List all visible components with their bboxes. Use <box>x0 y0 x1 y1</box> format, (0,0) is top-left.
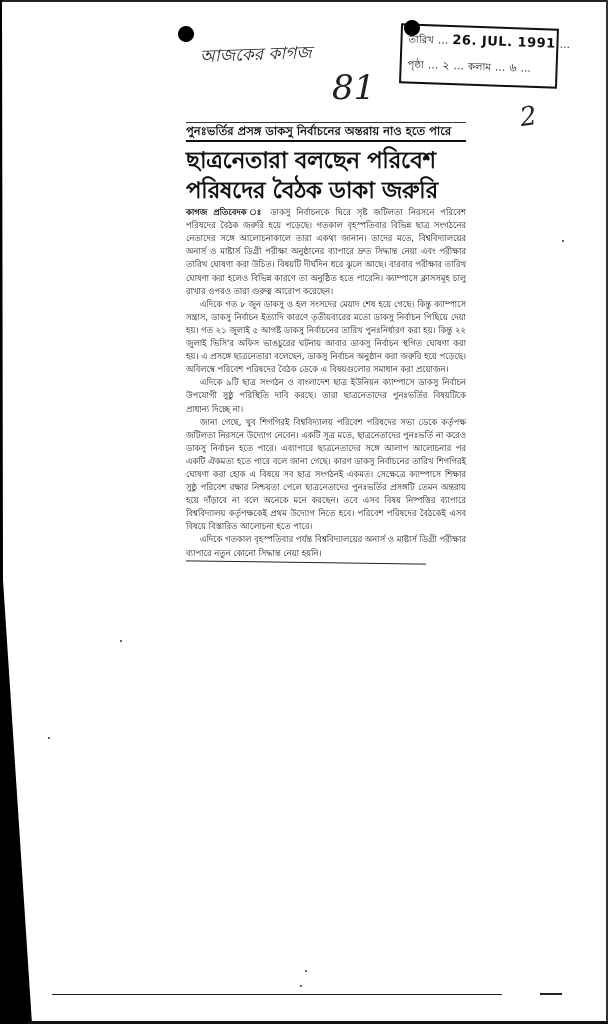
stamp-column-label: কলাম <box>468 60 491 78</box>
article-paragraph: এদিকে গতকাল বৃহস্পতিবার পর্যন্ত বিশ্ববিদ… <box>186 533 466 559</box>
article-kicker: পুনঃভর্তির প্রসঙ্গ ডাকসু নির্বাচনের অন্ত… <box>186 122 466 142</box>
stamp-page-label: পৃষ্ঠা <box>407 58 424 76</box>
article-byline: কাগজ প্রতিবেদক ঃ <box>186 207 264 217</box>
stamp-column-value: ৬ <box>509 59 517 78</box>
handwritten-page-number: 81 <box>332 68 375 108</box>
stamp-page-row: পৃষ্ঠা ... ২ ... কলাম ... ৬ ... <box>407 56 550 80</box>
article-paragraph: কাগজ প্রতিবেদক ঃ ডাকসু নির্বাচনকে ঘিরে স… <box>186 206 466 298</box>
scan-speck <box>300 985 302 987</box>
punch-hole-right <box>404 20 420 36</box>
article-headline-line-1: ছাত্রনেতারা বলছেন পরিবেশ <box>186 146 466 176</box>
scan-speck <box>120 640 122 642</box>
article-headline-line-2: পরিষদের বৈঠক ডাকা জরুরি <box>186 176 466 206</box>
scan-left-shadow <box>0 0 34 1024</box>
article-paragraph: জানা গেছে, খুব শিগগিরই বিশ্ববিদ্যালয় পর… <box>186 416 466 534</box>
newspaper-clipping: পুনঃভর্তির প্রসঙ্গ ডাকসু নির্বাচনের অন্ত… <box>186 122 466 563</box>
article-paragraph: এদিকে গত ৮ জুন ডাকসু ও হল সংসদের মেয়াদ … <box>186 298 466 377</box>
scan-top-edge <box>0 0 608 2</box>
date-stamp: তারিখ ... 26. JUL. 1991 ... পৃষ্ঠা ... ২… <box>399 23 559 88</box>
stamp-date-value: 26. JUL. 1991 <box>452 33 556 52</box>
punch-hole-left <box>178 26 194 42</box>
scan-speck <box>48 737 50 739</box>
scan-speck <box>562 240 564 242</box>
page-bottom-rule-end <box>540 993 562 995</box>
article-paragraph: এদিকে ৯টি ছাত্র সংগঠন ও বাংলাদেশ ছাত্র ই… <box>186 376 466 415</box>
stamp-date-row: তারিখ ... 26. JUL. 1991 ... <box>408 32 551 55</box>
page-bottom-rule <box>52 994 502 995</box>
scan-speck <box>305 970 307 972</box>
article-end-rule <box>186 560 426 564</box>
handwritten-margin-mark: 2 <box>518 101 539 133</box>
stamp-page-value: ২ <box>442 57 450 76</box>
handwritten-source-name: আজকের কাগজ <box>200 40 313 72</box>
